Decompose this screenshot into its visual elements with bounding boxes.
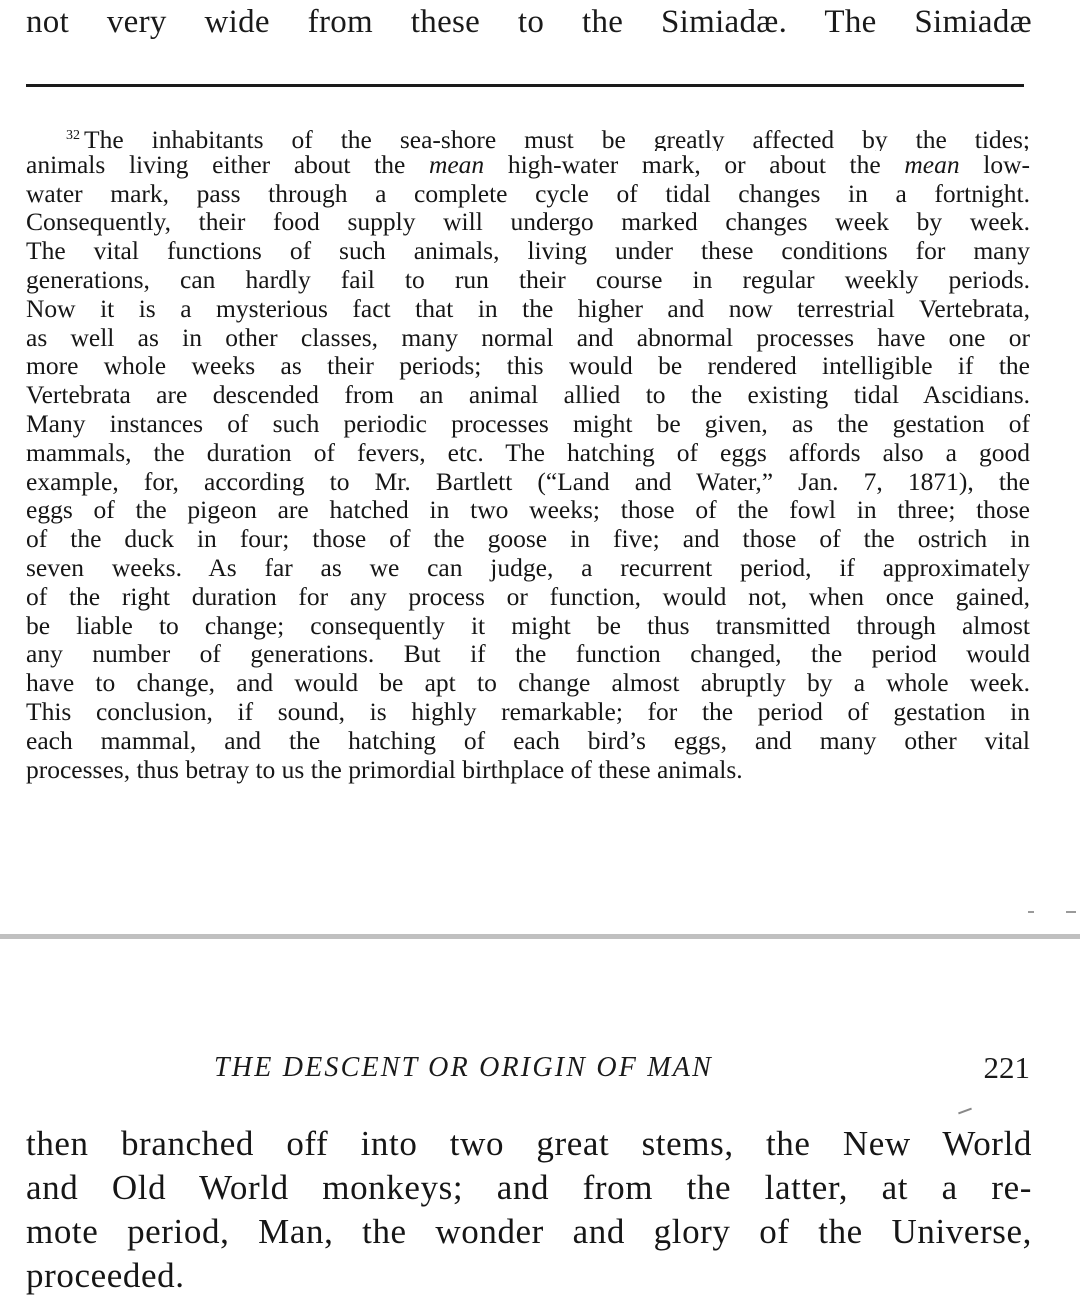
footnote-line: mammals, the duration of fevers, etc. Th… — [26, 439, 1030, 468]
footnote-line: seven weeks. As far as we can judge, a r… — [26, 554, 1030, 583]
footnote-line: be liable to change; consequently it mig… — [26, 612, 1030, 641]
scan-artifact — [1028, 911, 1034, 913]
footnote-line: Vertebrata are descended from an animal … — [26, 381, 1030, 410]
footnote-line: This conclusion, if sound, is highly rem… — [26, 698, 1030, 727]
body-line: mote period, Man, the wonder and glory o… — [26, 1210, 1032, 1254]
top-page: not very wide from these to the Simiadæ.… — [0, 0, 1080, 930]
footnote-rule — [26, 84, 1024, 87]
footnote-line: example, for, according to Mr. Bartlett … — [26, 468, 1030, 497]
footnote-line: The vital functions of such animals, liv… — [26, 237, 1030, 266]
footnote-line: water mark, pass through a complete cycl… — [26, 180, 1030, 209]
footnote-line: any number of generations. But if the fu… — [26, 640, 1030, 669]
carryover-text-line: not very wide from these to the Simiadæ.… — [26, 0, 1032, 44]
footnote-line: of the duck in four; those of the goose … — [26, 525, 1030, 554]
footnote-line: as well as in other classes, many normal… — [26, 324, 1030, 353]
footnote-marker: 32 — [66, 128, 80, 143]
footnote-line: animals living either about the mean hig… — [26, 151, 1030, 180]
footnote-line: of the right duration for any process or… — [26, 583, 1030, 612]
footnote-line: 32The inhabitants of the sea-shore must … — [26, 122, 1030, 151]
footnote-line: Now it is a mysterious fact that in the … — [26, 295, 1030, 324]
footnote-line: Consequently, their food supply will und… — [26, 208, 1030, 237]
footnote-line: Many instances of such periodic processe… — [26, 410, 1030, 439]
footnote-line: generations, can hardly fail to run thei… — [26, 266, 1030, 295]
running-head: THE DESCENT OR ORIGIN OF MAN — [214, 1052, 713, 1084]
emphasis: mean — [429, 151, 484, 179]
scan-artifact — [1066, 911, 1076, 913]
page-divider — [0, 934, 1080, 939]
footnote-line: have to change, and would be apt to chan… — [26, 669, 1030, 698]
footnote-line: each mammal, and the hatching of each bi… — [26, 727, 1030, 756]
body-line: then branched off into two great stems, … — [26, 1122, 1032, 1166]
scan-artifact — [958, 1108, 972, 1115]
footnote-line: eggs of the pigeon are hatched in two we… — [26, 496, 1030, 525]
footnote-line: more whole weeks as their periods; this … — [26, 352, 1030, 381]
body-line: proceeded. — [26, 1254, 1032, 1296]
emphasis: mean — [904, 151, 959, 179]
footnote-line: processes, thus betray to us the primord… — [26, 756, 1030, 785]
page-number: 221 — [984, 1050, 1031, 1086]
footnote: 32The inhabitants of the sea-shore must … — [26, 122, 1030, 784]
body-paragraph: then branched off into two great stems, … — [26, 1122, 1032, 1296]
body-line: and Old World monkeys; and from the latt… — [26, 1166, 1032, 1210]
